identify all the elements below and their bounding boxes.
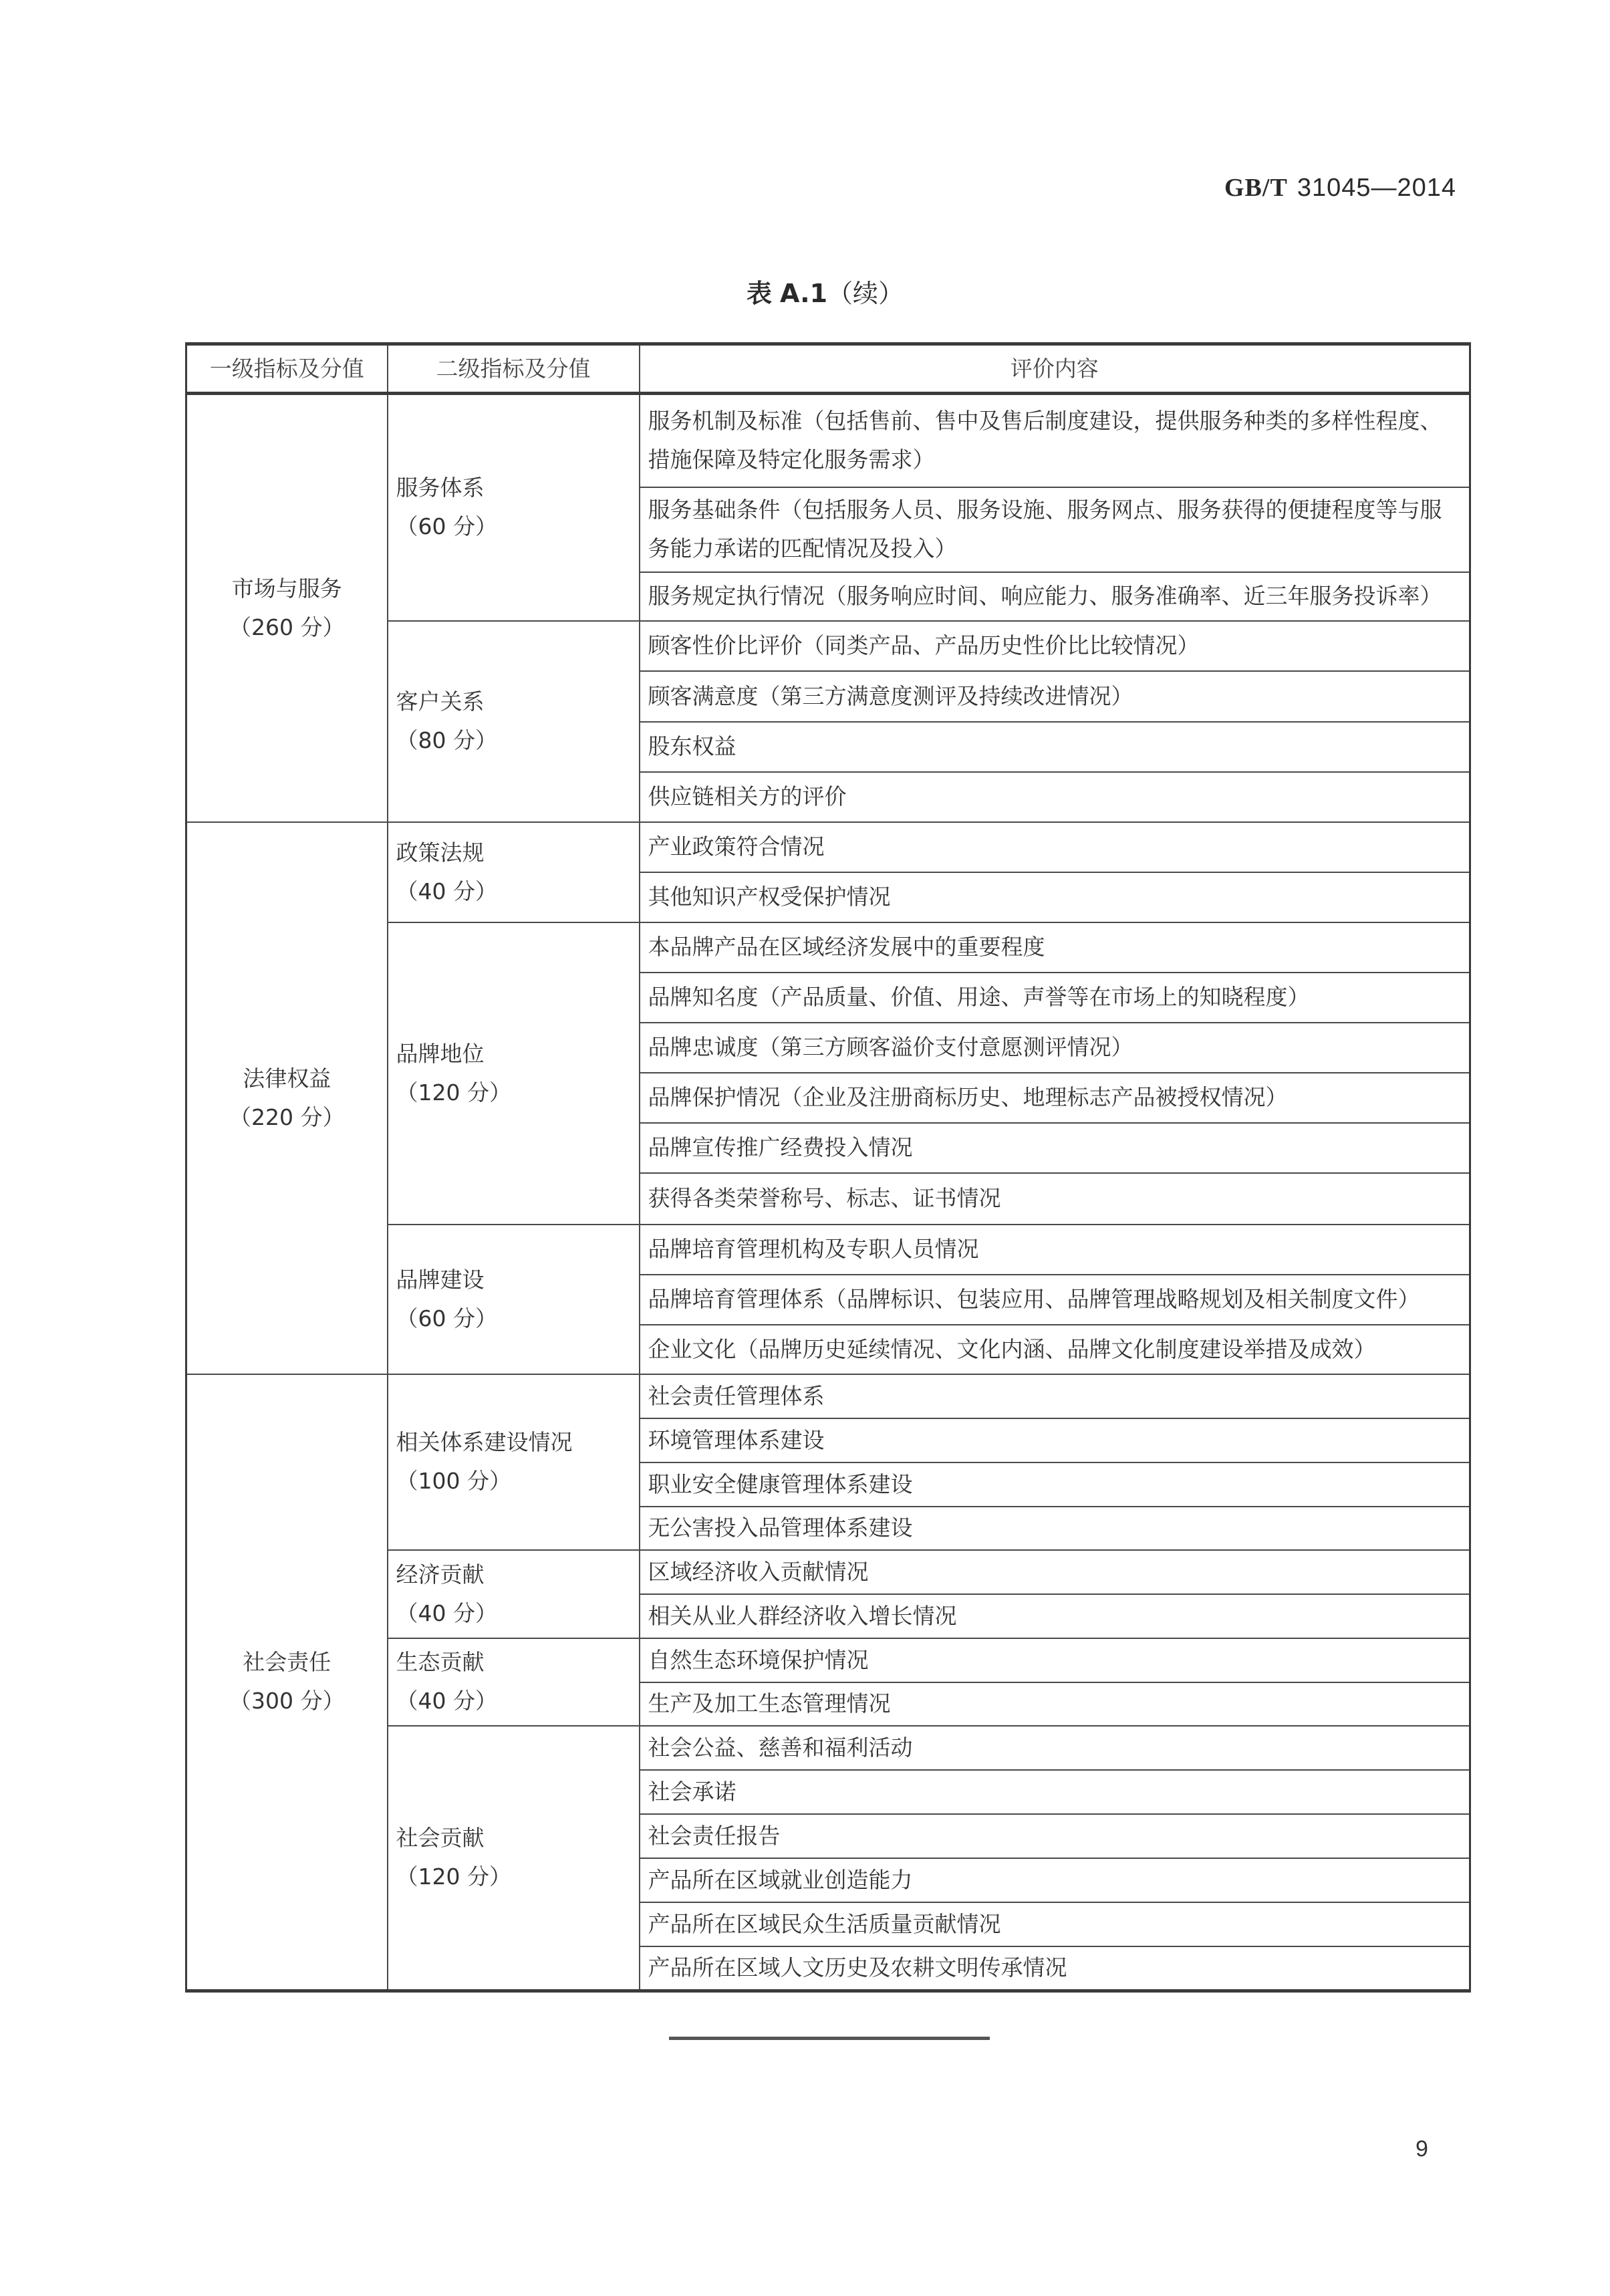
evaluation-content-cell: 品牌培育管理体系（品牌标识、包装应用、品牌管理战略规划及相关制度文件）	[640, 1275, 1470, 1325]
table-title-prefix: 表	[747, 279, 772, 308]
level2-indicator-score: （120 分）	[396, 1073, 631, 1112]
table-header-row: 一级指标及分值 二级指标及分值 评价内容	[186, 344, 1470, 394]
level2-indicator-cell: 相关体系建设情况（100 分）	[388, 1374, 640, 1550]
standard-prefix: GB/T	[1224, 174, 1288, 202]
level2-indicator-score: （60 分）	[396, 1299, 631, 1338]
evaluation-content-cell: 产业政策符合情况	[640, 822, 1470, 872]
evaluation-content-cell: 社会责任报告	[640, 1814, 1470, 1858]
evaluation-content-cell: 品牌宣传推广经费投入情况	[640, 1123, 1470, 1173]
table-body: 市场与服务（260 分）服务体系（60 分）服务机制及标准（包括售前、售中及售后…	[186, 394, 1470, 1991]
evaluation-content-cell: 职业安全健康管理体系建设	[640, 1462, 1470, 1507]
evaluation-content-cell: 获得各类荣誉称号、标志、证书情况	[640, 1173, 1470, 1225]
level2-indicator-name: 品牌地位	[396, 1035, 631, 1073]
level2-indicator-cell: 服务体系（60 分）	[388, 394, 640, 621]
level1-indicator-score: （300 分）	[195, 1682, 379, 1720]
standard-number: 31045—2014	[1297, 174, 1456, 202]
level2-indicator-name: 社会贡献	[396, 1819, 631, 1858]
column-header-content: 评价内容	[640, 344, 1470, 394]
evaluation-content-cell: 社会责任管理体系	[640, 1374, 1470, 1418]
evaluation-content-cell: 供应链相关方的评价	[640, 772, 1470, 822]
level2-indicator-cell: 客户关系（80 分）	[388, 621, 640, 822]
evaluation-content-cell: 服务规定执行情况（服务响应时间、响应能力、服务准确率、近三年服务投诉率）	[640, 572, 1470, 621]
evaluation-content-cell: 品牌忠诚度（第三方顾客溢价支付意愿测评情况）	[640, 1023, 1470, 1073]
table-row: 市场与服务（260 分）服务体系（60 分）服务机制及标准（包括售前、售中及售后…	[186, 394, 1470, 487]
evaluation-content-cell: 社会公益、慈善和福利活动	[640, 1726, 1470, 1770]
column-header-level2: 二级指标及分值	[388, 344, 640, 394]
level2-indicator-cell: 生态贡献（40 分）	[388, 1638, 640, 1726]
evaluation-content-cell: 其他知识产权受保护情况	[640, 872, 1470, 922]
evaluation-content-cell: 产品所在区域就业创造能力	[640, 1858, 1470, 1902]
level1-indicator-name: 社会责任	[195, 1643, 379, 1682]
evaluation-content-cell: 股东权益	[640, 722, 1470, 772]
evaluation-content-cell: 无公害投入品管理体系建设	[640, 1507, 1470, 1550]
level2-indicator-score: （100 分）	[396, 1462, 631, 1501]
level2-indicator-score: （40 分）	[396, 872, 631, 911]
level2-indicator-name: 客户关系	[396, 682, 631, 721]
table-title: 表 A.1（续）	[0, 273, 1610, 309]
evaluation-content-cell: 服务基础条件（包括服务人员、服务设施、服务网点、服务获得的便捷程度等与服务能力承…	[640, 487, 1470, 572]
table-title-label: A.1	[780, 279, 827, 308]
level1-indicator-name: 法律权益	[195, 1059, 379, 1098]
evaluation-content-cell: 本品牌产品在区域经济发展中的重要程度	[640, 922, 1470, 973]
evaluation-content-cell: 环境管理体系建设	[640, 1418, 1470, 1462]
level1-indicator-cell: 社会责任（300 分）	[186, 1374, 388, 1991]
level1-indicator-cell: 市场与服务（260 分）	[186, 394, 388, 822]
evaluation-content-cell: 区域经济收入贡献情况	[640, 1550, 1470, 1594]
evaluation-content-cell: 品牌知名度（产品质量、价值、用途、声誉等在市场上的知晓程度）	[640, 973, 1470, 1023]
level1-indicator-score: （220 分）	[195, 1098, 379, 1137]
column-header-level1: 一级指标及分值	[186, 344, 388, 394]
table-title-suffix: （续）	[827, 279, 904, 308]
evaluation-content-cell: 顾客性价比评价（同类产品、产品历史性价比比较情况）	[640, 621, 1470, 671]
level2-indicator-cell: 品牌地位（120 分）	[388, 922, 640, 1225]
evaluation-content-cell: 自然生态环境保护情况	[640, 1638, 1470, 1682]
evaluation-content-cell: 服务机制及标准（包括售前、售中及售后制度建设，提供服务种类的多样性程度、措施保障…	[640, 394, 1470, 487]
level1-indicator-score: （260 分）	[195, 608, 379, 647]
evaluation-content-cell: 社会承诺	[640, 1770, 1470, 1814]
level2-indicator-name: 生态贡献	[396, 1643, 631, 1682]
end-separator-line	[669, 2037, 990, 2040]
table-row: 社会责任（300 分）相关体系建设情况（100 分）社会责任管理体系	[186, 1374, 1470, 1418]
evaluation-content-cell: 生产及加工生态管理情况	[640, 1682, 1470, 1726]
level2-indicator-score: （40 分）	[396, 1594, 631, 1633]
page-number: 9	[1416, 2136, 1428, 2162]
evaluation-content-cell: 相关从业人群经济收入增长情况	[640, 1594, 1470, 1638]
level2-indicator-cell: 品牌建设（60 分）	[388, 1225, 640, 1374]
level2-indicator-cell: 政策法规（40 分）	[388, 822, 640, 922]
evaluation-content-cell: 顾客满意度（第三方满意度测评及持续改进情况）	[640, 671, 1470, 722]
level2-indicator-name: 服务体系	[396, 469, 631, 507]
level2-indicator-name: 品牌建设	[396, 1261, 631, 1299]
evaluation-content-cell: 品牌保护情况（企业及注册商标历史、地理标志产品被授权情况）	[640, 1073, 1470, 1123]
evaluation-content-cell: 产品所在区域民众生活质量贡献情况	[640, 1902, 1470, 1946]
evaluation-content-cell: 产品所在区域人文历史及农耕文明传承情况	[640, 1946, 1470, 1991]
level2-indicator-cell: 社会贡献（120 分）	[388, 1726, 640, 1991]
evaluation-content-cell: 企业文化（品牌历史延续情况、文化内涵、品牌文化制度建设举措及成效）	[640, 1325, 1470, 1374]
level2-indicator-name: 政策法规	[396, 834, 631, 872]
evaluation-content-cell: 品牌培育管理机构及专职人员情况	[640, 1225, 1470, 1275]
standard-code: GB/T31045—2014	[1224, 172, 1456, 203]
evaluation-table: 一级指标及分值 二级指标及分值 评价内容 市场与服务（260 分）服务体系（60…	[185, 342, 1471, 1993]
level2-indicator-score: （60 分）	[396, 507, 631, 546]
level2-indicator-name: 经济贡献	[396, 1555, 631, 1594]
level2-indicator-score: （40 分）	[396, 1682, 631, 1720]
level1-indicator-cell: 法律权益（220 分）	[186, 822, 388, 1374]
level2-indicator-score: （80 分）	[396, 721, 631, 760]
level2-indicator-name: 相关体系建设情况	[396, 1423, 631, 1462]
level2-indicator-cell: 经济贡献（40 分）	[388, 1550, 640, 1638]
table-row: 法律权益（220 分）政策法规（40 分）产业政策符合情况	[186, 822, 1470, 872]
level1-indicator-name: 市场与服务	[195, 569, 379, 608]
level2-indicator-score: （120 分）	[396, 1858, 631, 1896]
